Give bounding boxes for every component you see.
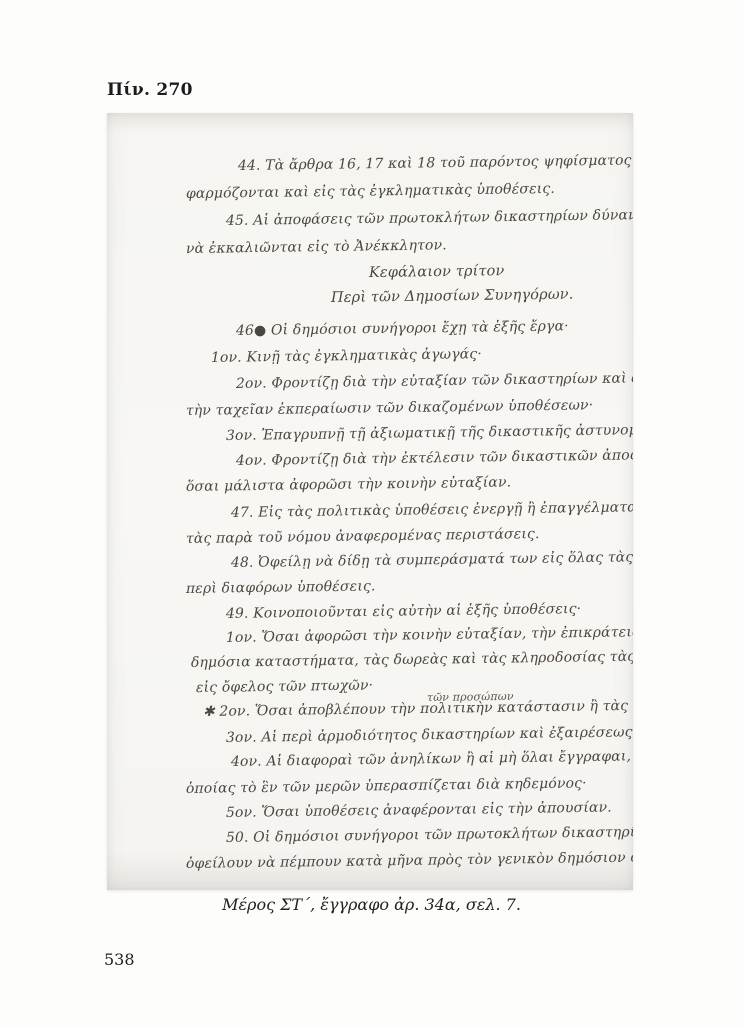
manuscript-line: ✱ 2ον. Ὅσαι ἀποβλέπουν τὴν πολιτικὴν κατ… (203, 697, 633, 720)
manuscript-line: 49. Κοινοποιοῦνται εἰς αὐτὴν αἱ ἑξῆς ὑπο… (226, 601, 582, 622)
manuscript-line: τὴν ταχεῖαν ἐκπεραίωσιν τῶν δικαζομένων … (186, 397, 594, 419)
manuscript-line: 44. Τὰ ἄρθρα 16, 17 καὶ 18 τοῦ παρόντος … (238, 152, 633, 174)
manuscript-line: 46● Οἱ δημόσιοι συνήγοροι ἔχῃ τὰ ἑξῆς ἔρ… (236, 318, 569, 339)
manuscript-line: περὶ διαφόρων ὑποθέσεις. (186, 578, 376, 597)
manuscript-line: δημόσια καταστήματα, τὰς δωρεὰς καὶ τὰς … (191, 648, 633, 671)
manuscript-photo: 44. Τὰ ἄρθρα 16, 17 καὶ 18 τοῦ παρόντος … (107, 113, 633, 890)
manuscript-line: 1ον. Ὅσαι ἀφορῶσι τὴν κοινὴν εὐταξίαν, τ… (226, 624, 633, 646)
plate-label: Πίν. 270 (107, 80, 193, 100)
manuscript-line: ὀφείλουν νὰ πέμπουν κατὰ μῆνα πρὸς τὸν γ… (186, 849, 633, 872)
manuscript-line: νὰ ἐκκαλιῶνται εἰς τὸ Ἀνέκκλητον. (186, 237, 447, 257)
manuscript-line: 50. Οἱ δημόσιοι συνήγοροι τῶν πρωτοκλήτω… (226, 824, 633, 846)
page-number: 538 (104, 950, 135, 969)
manuscript-line: 4ον. Αἱ διαφοραὶ τῶν ἀνηλίκων ἢ αἱ μὴ ὅλ… (231, 748, 633, 770)
manuscript-line: φαρμόζονται καὶ εἰς τὰς ἐγκληματικὰς ὑπο… (186, 181, 555, 202)
manuscript-line: 47. Εἰς τὰς πολιτικὰς ὑποθέσεις ἐνεργῇ ἢ… (231, 498, 633, 521)
manuscript-line: εἰς ὄφελος τῶν πτωχῶν· (196, 678, 373, 696)
manuscript-line: ὁποίας τὸ ἓν τῶν μερῶν ὑπερασπίζεται διὰ… (186, 775, 587, 797)
manuscript-line: ὅσαι μάλιστα ἀφορῶσι τὴν κοινὴν εὐταξίαν… (186, 474, 512, 495)
manuscript-line: 4ον. Φροντίζῃ διὰ τὴν ἐκτέλεσιν τῶν δικα… (236, 447, 633, 469)
manuscript-line: 45. Αἱ ἀποφάσεις τῶν πρωτοκλήτων δικαστη… (226, 207, 633, 229)
manuscript-line: 3ον. Ἐπαγρυπνῇ τῇ ἀξιωματικῇ τῆς δικαστι… (226, 422, 633, 444)
manuscript-chapter-subheading: Περὶ τῶν Δημοσίων Συνηγόρων. (331, 287, 574, 306)
manuscript-line: 1ον. Κινῇ τὰς ἐγκληματικὰς ἀγωγάς· (211, 346, 482, 366)
manuscript-line: 2ον. Φροντίζῃ διὰ τὴν εὐταξίαν τῶν δικασ… (236, 370, 633, 392)
manuscript-line: 3ον. Αἱ περὶ ἁρμοδιότητος δικαστηρίων κα… (226, 723, 633, 746)
manuscript-chapter-heading: Κεφάλαιον τρίτον (369, 263, 505, 281)
manuscript-line: 5ον. Ὅσαι ὑποθέσεις ἀναφέρονται εἰς τὴν … (226, 800, 612, 821)
manuscript-line: τὰς παρὰ τοῦ νόμου ἀναφερομένας περιστάσ… (186, 526, 540, 547)
book-page: Πίν. 270 44. Τὰ ἄρθρα 16, 17 καὶ 18 τοῦ … (0, 0, 743, 1027)
photo-caption: Μέρος ΣΤ΄, ἔγγραφο ἀρ. 34α, σελ. 7. (0, 895, 743, 914)
manuscript-line: 48. Ὀφείλῃ νὰ δίδῃ τὰ συμπεράσματά των ε… (231, 549, 633, 571)
